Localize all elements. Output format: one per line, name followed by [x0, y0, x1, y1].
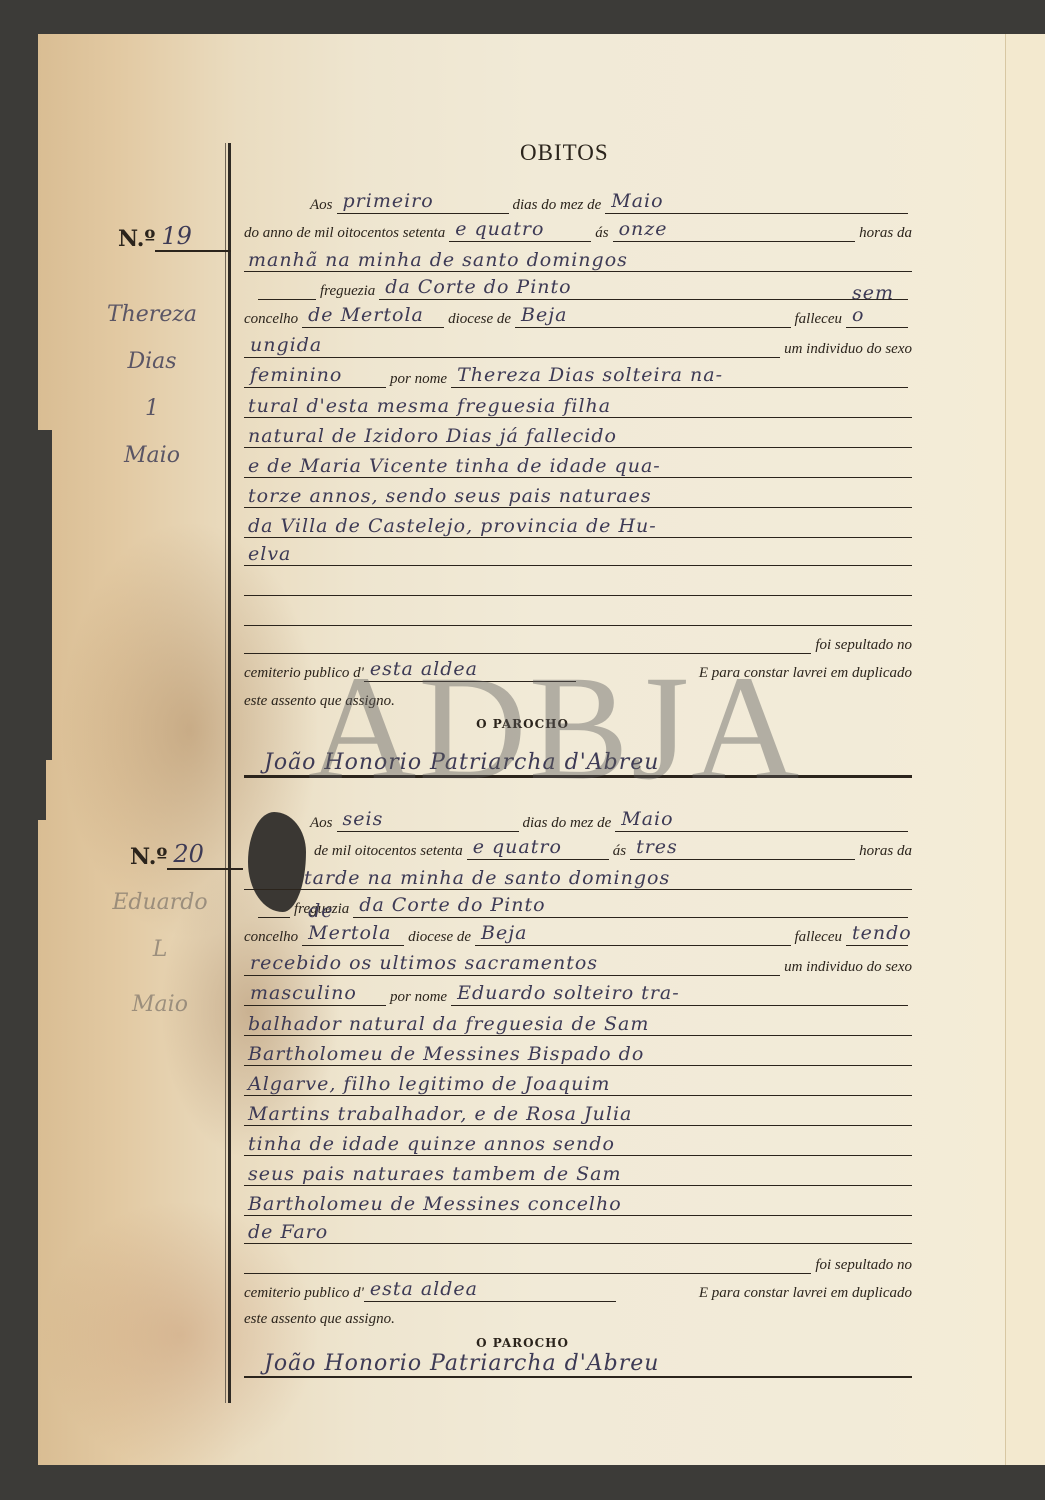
label-anno: do anno de mil oitocentos setenta	[244, 225, 445, 242]
body-text: elva	[244, 541, 912, 566]
body-line: Bartholomeu de Messines concelho	[244, 1190, 912, 1216]
label-assento: este assento que assigno.	[244, 1311, 395, 1328]
margin-note: Thereza Dias 1 Maio	[92, 302, 212, 468]
field-diocese: Beja	[515, 304, 790, 328]
signature: João Honorio Patriarcha d'Abreu	[244, 1344, 912, 1378]
label-diocese: diocese de	[408, 929, 471, 946]
record-line: tarde na minha de santo domingos	[244, 864, 912, 890]
margin-note: Eduardo L Maio	[100, 890, 220, 1017]
field-condition: ungida	[244, 334, 780, 358]
margin-note-line: Maio	[92, 443, 212, 468]
body-text: Bartholomeu de Messines concelho	[244, 1191, 912, 1216]
margin-rule	[228, 143, 231, 1403]
body-text: e de Maria Vicente tinha de idade qua-	[244, 453, 912, 478]
margin-note-line: Maio	[100, 992, 220, 1017]
record-line: recebido os ultimos sacramentos um indiv…	[244, 950, 912, 976]
field-cemiterio: esta aldea	[364, 1278, 616, 1302]
record-line: este assento que assigno.	[244, 1302, 912, 1328]
body-text: Bartholomeu de Messines Bispado do	[244, 1041, 912, 1066]
label-falleceu: falleceu	[795, 311, 842, 328]
label-concelho: concelho	[244, 929, 298, 946]
field-falleceu: sem o	[846, 282, 908, 328]
body-text: Martins trabalhador, e de Rosa Julia	[244, 1101, 912, 1126]
field-hour: onze	[613, 218, 856, 242]
record-line: foi sepultado no	[244, 628, 912, 654]
field-year: e quatro	[467, 836, 609, 860]
field-name: Eduardo solteiro tra-	[451, 982, 908, 1006]
label-falleceu: falleceu	[795, 929, 842, 946]
label-individuo: um individuo do sexo	[784, 959, 912, 976]
body-text: natural de Izidoro Dias já fallecido	[244, 423, 912, 448]
field-year: e quatro	[449, 218, 591, 242]
record-number-label: N.º	[130, 844, 167, 870]
label-por-nome: por nome	[390, 371, 447, 388]
blank-line	[244, 570, 912, 596]
margin-note-line: 1	[92, 396, 212, 421]
record-number-label: N.º	[118, 226, 155, 252]
body-line: da Villa de Castelejo, provincia de Hu-	[244, 512, 912, 538]
label-aos: Aos	[310, 197, 333, 214]
body-text: da Villa de Castelejo, provincia de Hu-	[244, 513, 912, 538]
blank	[244, 601, 912, 626]
field-month: Maio	[615, 808, 908, 832]
label-diocese: diocese de	[448, 311, 511, 328]
body-text: tinha de idade quinze annos sendo	[244, 1131, 912, 1156]
field-concelho: de Mertola	[302, 900, 404, 946]
record-number: N.º 20	[130, 840, 243, 870]
record-line: ungida um individuo do sexo	[244, 332, 912, 358]
body-line: tural d'esta mesma freguesia filha	[244, 392, 912, 418]
record-line: feminino por nome Thereza Dias solteira …	[244, 362, 912, 388]
field-place: tarde na minha de santo domingos	[244, 865, 912, 890]
body-text: tural d'esta mesma freguesia filha	[244, 393, 912, 418]
field-day: seis	[337, 808, 519, 832]
body-text: Algarve, filho legitimo de Joaquim	[244, 1071, 912, 1096]
field-falleceu: tendo	[846, 922, 908, 946]
label-individuo: um individuo do sexo	[784, 341, 912, 358]
label-sepultado: foi sepultado no	[815, 637, 912, 654]
record-line: masculino por nome Eduardo solteiro tra-	[244, 980, 912, 1006]
body-line: seus pais naturaes tambem de Sam	[244, 1160, 912, 1186]
blank-line	[244, 600, 912, 626]
signature: João Honorio Patriarcha d'Abreu	[244, 744, 912, 778]
page-title: OBITOS	[520, 140, 609, 166]
record-line: de mil oitocentos setenta e quatro ás tr…	[244, 834, 912, 860]
label-dias: dias do mez de	[523, 815, 612, 832]
record-line: concelho de Mertola diocese de Beja fall…	[244, 302, 912, 328]
label-cemiterio: cemiterio publico d'	[244, 665, 364, 682]
body-line: torze annos, sendo seus pais naturaes	[244, 482, 912, 508]
label-aos: Aos	[310, 815, 333, 832]
torn-edge	[38, 760, 46, 820]
body-line: e de Maria Vicente tinha de idade qua-	[244, 452, 912, 478]
body-line: de Faro	[244, 1218, 912, 1244]
facing-page-edge	[1005, 34, 1045, 1465]
margin-note-line: Thereza	[92, 302, 212, 327]
parocho-label: O PAROCHO	[0, 717, 1045, 731]
body-text: de Faro	[244, 1219, 912, 1244]
body-text: balhador natural da freguesia de Sam	[244, 1011, 912, 1036]
body-line: balhador natural da freguesia de Sam	[244, 1010, 912, 1036]
blank	[244, 571, 912, 596]
field-sex: masculino	[244, 982, 386, 1006]
body-line: Algarve, filho legitimo de Joaquim	[244, 1070, 912, 1096]
blank	[258, 898, 290, 918]
label-as: ás	[595, 225, 608, 242]
body-line: Martins trabalhador, e de Rosa Julia	[244, 1100, 912, 1126]
record-line: concelho de Mertola diocese de Beja fall…	[244, 920, 912, 946]
record-line: manhã na minha de santo domingos	[244, 246, 912, 272]
field-sex: feminino	[244, 364, 386, 388]
record-line: este assento que assigno.	[244, 684, 912, 710]
field-concelho: de Mertola	[302, 304, 444, 328]
record-line: freguezia da Corte do Pinto	[244, 274, 912, 300]
margin-note-line: L	[100, 937, 220, 962]
record-line: Aos seis dias do mez de Maio	[244, 806, 912, 832]
label-concelho: concelho	[244, 311, 298, 328]
blank	[244, 1249, 811, 1274]
margin-rule	[225, 143, 226, 1403]
record-line: do anno de mil oitocentos setenta e quat…	[244, 216, 912, 242]
label-horas: horas da	[859, 843, 912, 860]
field-name: Thereza Dias solteira na-	[451, 364, 908, 388]
label-por-nome: por nome	[390, 989, 447, 1006]
label-sepultado: foi sepultado no	[815, 1257, 912, 1274]
field-day: primeiro	[337, 190, 509, 214]
label-assento: este assento que assigno.	[244, 693, 395, 710]
field-freguezia: da Corte do Pinto	[353, 894, 908, 918]
field-condition: recebido os ultimos sacramentos	[244, 952, 780, 976]
body-line: elva	[244, 540, 912, 566]
body-text: seus pais naturaes tambem de Sam	[244, 1161, 912, 1186]
body-text: torze annos, sendo seus pais naturaes	[244, 483, 912, 508]
field-month: Maio	[605, 190, 908, 214]
record-number: N.º 19	[118, 222, 231, 252]
record-line: cemiterio publico d' esta aldea E para c…	[244, 656, 912, 682]
body-line: natural de Izidoro Dias já fallecido	[244, 422, 912, 448]
field-diocese: Beja	[475, 922, 790, 946]
margin-note-line: Eduardo	[100, 890, 220, 915]
label-constar: E para constar lavrei em duplicado	[699, 665, 912, 682]
record-line: foi sepultado no	[244, 1248, 912, 1274]
label-as: ás	[613, 843, 626, 860]
label-freguezia: freguezia	[320, 283, 375, 300]
field-place: manhã na minha de santo domingos	[244, 247, 912, 272]
field-hour: tres	[630, 836, 855, 860]
record-line: cemiterio publico d' esta aldea E para c…	[244, 1276, 912, 1302]
label-anno: de mil oitocentos setenta	[314, 843, 463, 860]
blank	[244, 629, 811, 654]
record-line: Aos primeiro dias do mez de Maio	[244, 188, 912, 214]
record-number-value: 19	[155, 222, 231, 252]
label-cemiterio: cemiterio publico d'	[244, 1285, 364, 1302]
field-cemiterio: esta aldea	[364, 658, 576, 682]
label-dias: dias do mez de	[513, 197, 602, 214]
label-horas: horas da	[859, 225, 912, 242]
field-freguezia: da Corte do Pinto	[379, 276, 908, 300]
body-line: tinha de idade quinze annos sendo	[244, 1130, 912, 1156]
record-number-value: 20	[167, 840, 243, 870]
torn-edge	[38, 430, 52, 760]
margin-note-line: Dias	[92, 349, 212, 374]
label-constar: E para constar lavrei em duplicado	[699, 1285, 912, 1302]
body-line: Bartholomeu de Messines Bispado do	[244, 1040, 912, 1066]
blank	[258, 280, 316, 300]
